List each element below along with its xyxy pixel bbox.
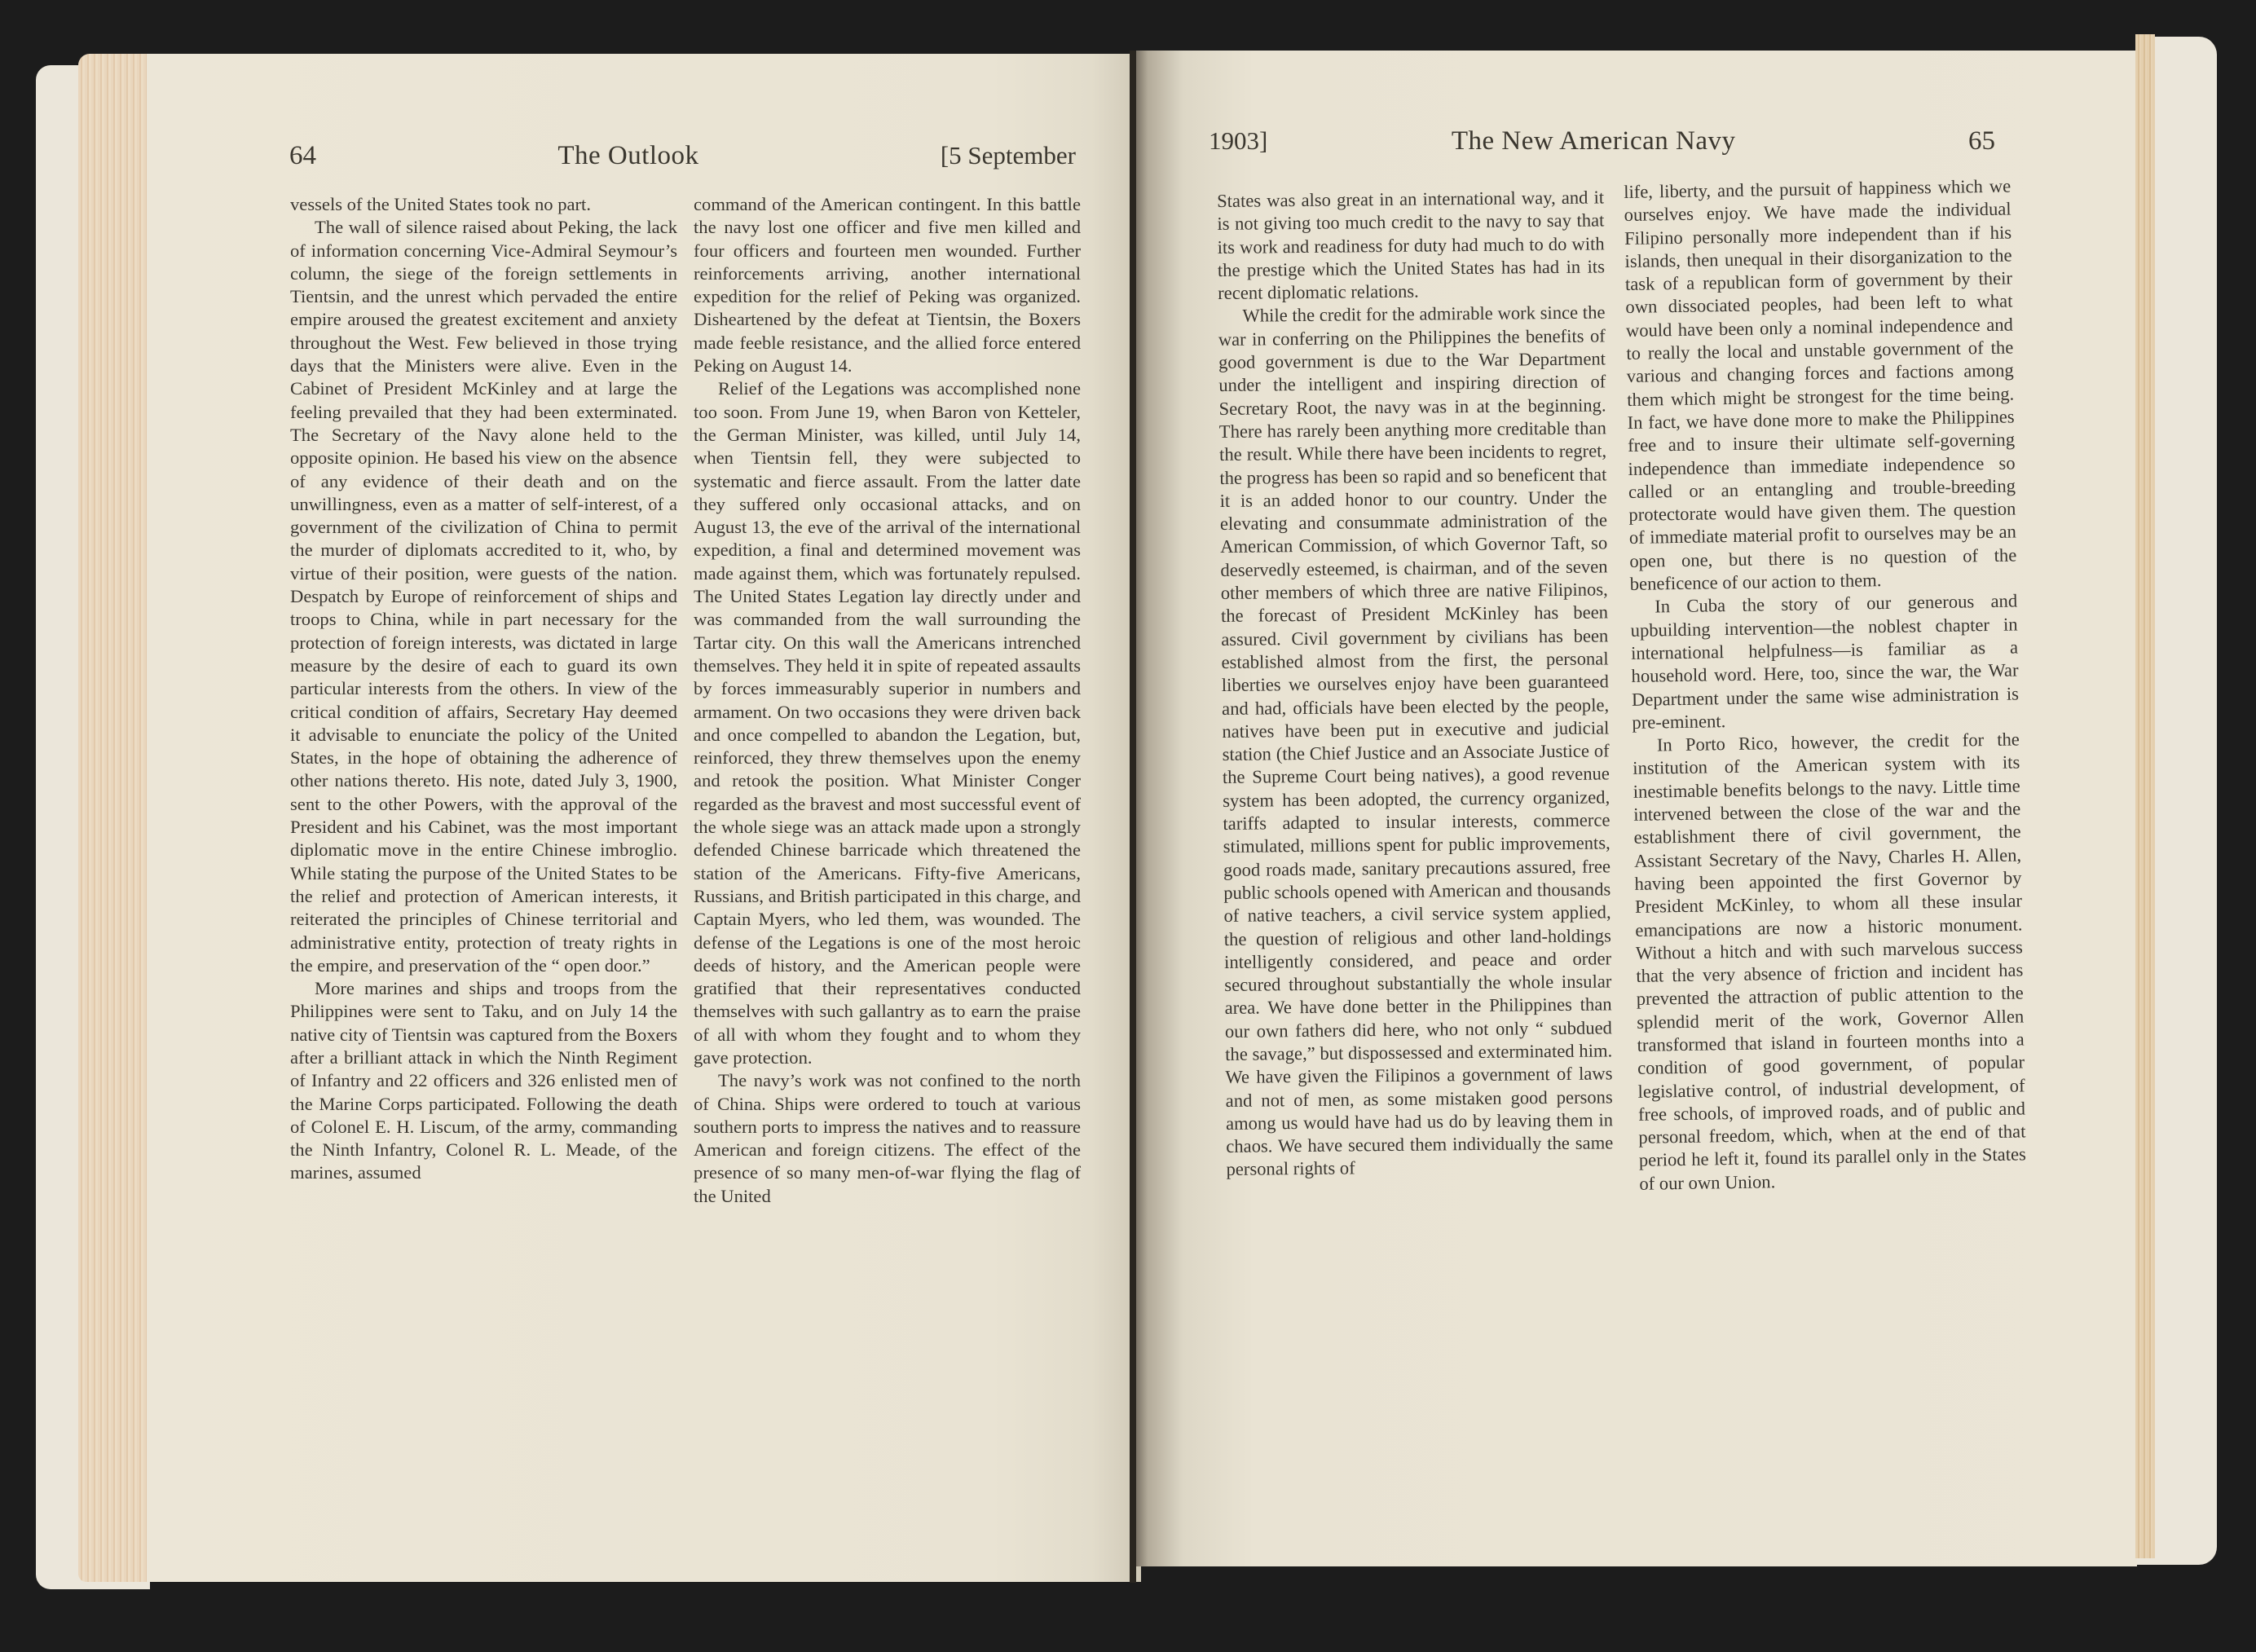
- text-column-right-2: life, liberty, and the pursuit of happin…: [1624, 175, 2026, 1196]
- paragraph: While the credit for the admirable work …: [1218, 302, 1613, 1182]
- page-edges-left: [78, 54, 148, 1582]
- paragraph: life, liberty, and the pursuit of happin…: [1624, 175, 2017, 597]
- paragraph: The navy’s work was not confined to the …: [694, 1069, 1081, 1208]
- page-edges-right: [2135, 34, 2155, 1558]
- issue-date: 1903]: [1209, 126, 1267, 156]
- text-column-left-1: vessels of the United States took no par…: [290, 193, 677, 1185]
- text-column-left-2: command of the American contingent. In t…: [694, 193, 1081, 1208]
- paragraph: Relief of the Legations was accomplished…: [694, 377, 1081, 1069]
- paragraph: vessels of the United States took no par…: [290, 193, 677, 216]
- paragraph: The wall of silence raised about Peking,…: [290, 216, 677, 977]
- running-title: The New American Navy: [1452, 126, 1736, 156]
- paragraph: In Cuba the story of our generous and up…: [1630, 590, 2020, 734]
- paragraph: In Porto Rico, however, the credit for t…: [1633, 729, 2027, 1196]
- page-number: 65: [1968, 126, 1995, 156]
- paragraph: States was also great in an internationa…: [1217, 186, 1605, 305]
- issue-date: [5 September: [941, 141, 1076, 170]
- running-head-left: 64 The Outlook [5 September: [289, 141, 1076, 171]
- running-head-right: 1903] The New American Navy 65: [1209, 126, 1995, 156]
- paragraph: command of the American contingent. In t…: [694, 193, 1081, 377]
- page-number: 64: [289, 141, 316, 171]
- book-gutter: [1130, 51, 1136, 1583]
- running-title: The Outlook: [557, 141, 698, 171]
- text-column-right-1: States was also great in an internationa…: [1217, 186, 1614, 1181]
- paragraph: More marines and ships and troops from t…: [290, 977, 677, 1185]
